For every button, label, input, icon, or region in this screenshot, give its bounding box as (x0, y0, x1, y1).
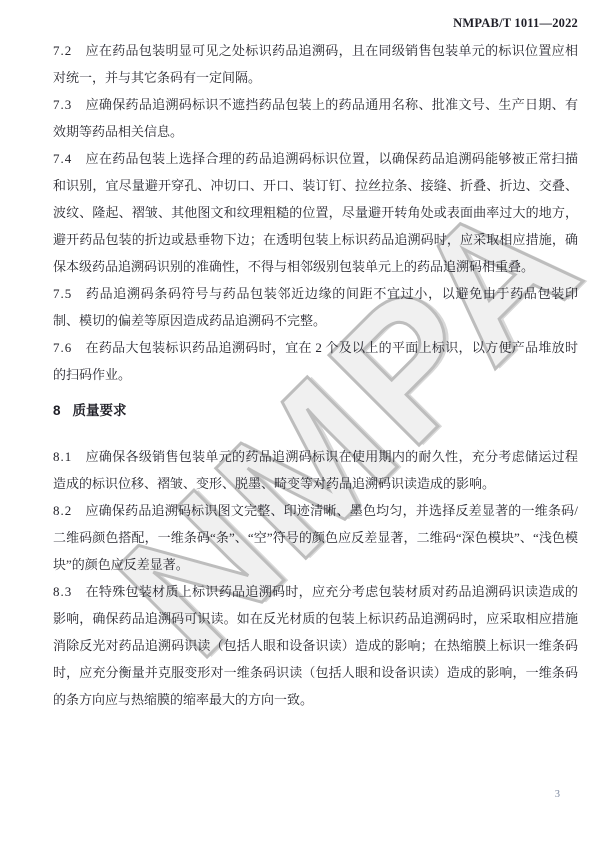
section-heading-8: 8质量要求 (53, 397, 578, 424)
clause-7-3: 7.3应确保药品追溯码标识不遮挡药品包装上的药品通用名称、批准文号、生产日期、有… (53, 91, 578, 145)
clause-8-2: 8.2应确保药品追溯码标识图文完整、印迹清晰、墨色均匀，并选择反差显著的一维条码… (53, 497, 578, 578)
clause-number: 7.6 (53, 340, 72, 355)
page-footer: 3 (555, 784, 560, 802)
clause-text: 应确保各级销售包装单元的药品追溯码标识在使用期内的耐久性，充分考虑储运过程造成的… (53, 449, 578, 491)
clause-8-3: 8.3在特殊包装材质上标识药品追溯码时，应充分考虑包装材质对药品追溯码识读造成的… (53, 578, 578, 713)
clause-text: 应在药品包装明显可见之处标识药品追溯码，且在同级销售包装单元的标识位置应相对统一… (53, 43, 578, 85)
clause-text: 应确保药品追溯码标识图文完整、印迹清晰、墨色均匀，并选择反差显著的一维条码/二维… (53, 503, 578, 572)
clause-text: 应确保药品追溯码标识不遮挡药品包装上的药品通用名称、批准文号、生产日期、有效期等… (53, 97, 578, 139)
clause-text: 应在药品包装上选择合理的药品追溯码标识位置，以确保药品追溯码能够被正常扫描和识别… (53, 151, 578, 274)
document-content: 7.2应在药品包装明显可见之处标识药品追溯码，且在同级销售包装单元的标识位置应相… (53, 37, 578, 713)
clause-number: 7.2 (53, 43, 72, 58)
clause-7-6: 7.6在药品大包装标识药品追溯码时，宜在 2 个及以上的平面上标识，以方便产品堆… (53, 334, 578, 388)
clause-number: 8.3 (53, 584, 72, 599)
clause-number: 8.1 (53, 449, 72, 464)
clause-number: 7.3 (53, 97, 72, 112)
page-header: NMPAB/T 1011—2022 (53, 14, 578, 32)
clause-8-1: 8.1应确保各级销售包装单元的药品追溯码标识在使用期内的耐久性，充分考虑储运过程… (53, 443, 578, 497)
clause-text: 在药品大包装标识药品追溯码时，宜在 2 个及以上的平面上标识，以方便产品堆放时的… (53, 340, 578, 382)
clause-number: 7.4 (53, 151, 72, 166)
clause-7-2: 7.2应在药品包装明显可见之处标识药品追溯码，且在同级销售包装单元的标识位置应相… (53, 37, 578, 91)
section-title: 质量要求 (73, 403, 127, 418)
clause-text: 药品追溯码条码符号与药品包装邻近边缘的间距不宜过小，以避免由于药品包装印制、模切… (53, 286, 578, 328)
page-number: 3 (555, 789, 560, 800)
doc-number: NMPAB/T 1011—2022 (453, 16, 578, 30)
clause-number: 8.2 (53, 503, 72, 518)
clause-7-4: 7.4应在药品包装上选择合理的药品追溯码标识位置，以确保药品追溯码能够被正常扫描… (53, 145, 578, 280)
clause-7-5: 7.5药品追溯码条码符号与药品包装邻近边缘的间距不宜过小，以避免由于药品包装印制… (53, 280, 578, 334)
section-number: 8 (53, 403, 61, 418)
clause-number: 7.5 (53, 286, 72, 301)
clause-text: 在特殊包装材质上标识药品追溯码时，应充分考虑包装材质对药品追溯码识读造成的影响，… (53, 584, 578, 707)
document-page: NMPAB/T 1011—2022 NMPA 7.2应在药品包装明显可见之处标识… (0, 0, 611, 851)
